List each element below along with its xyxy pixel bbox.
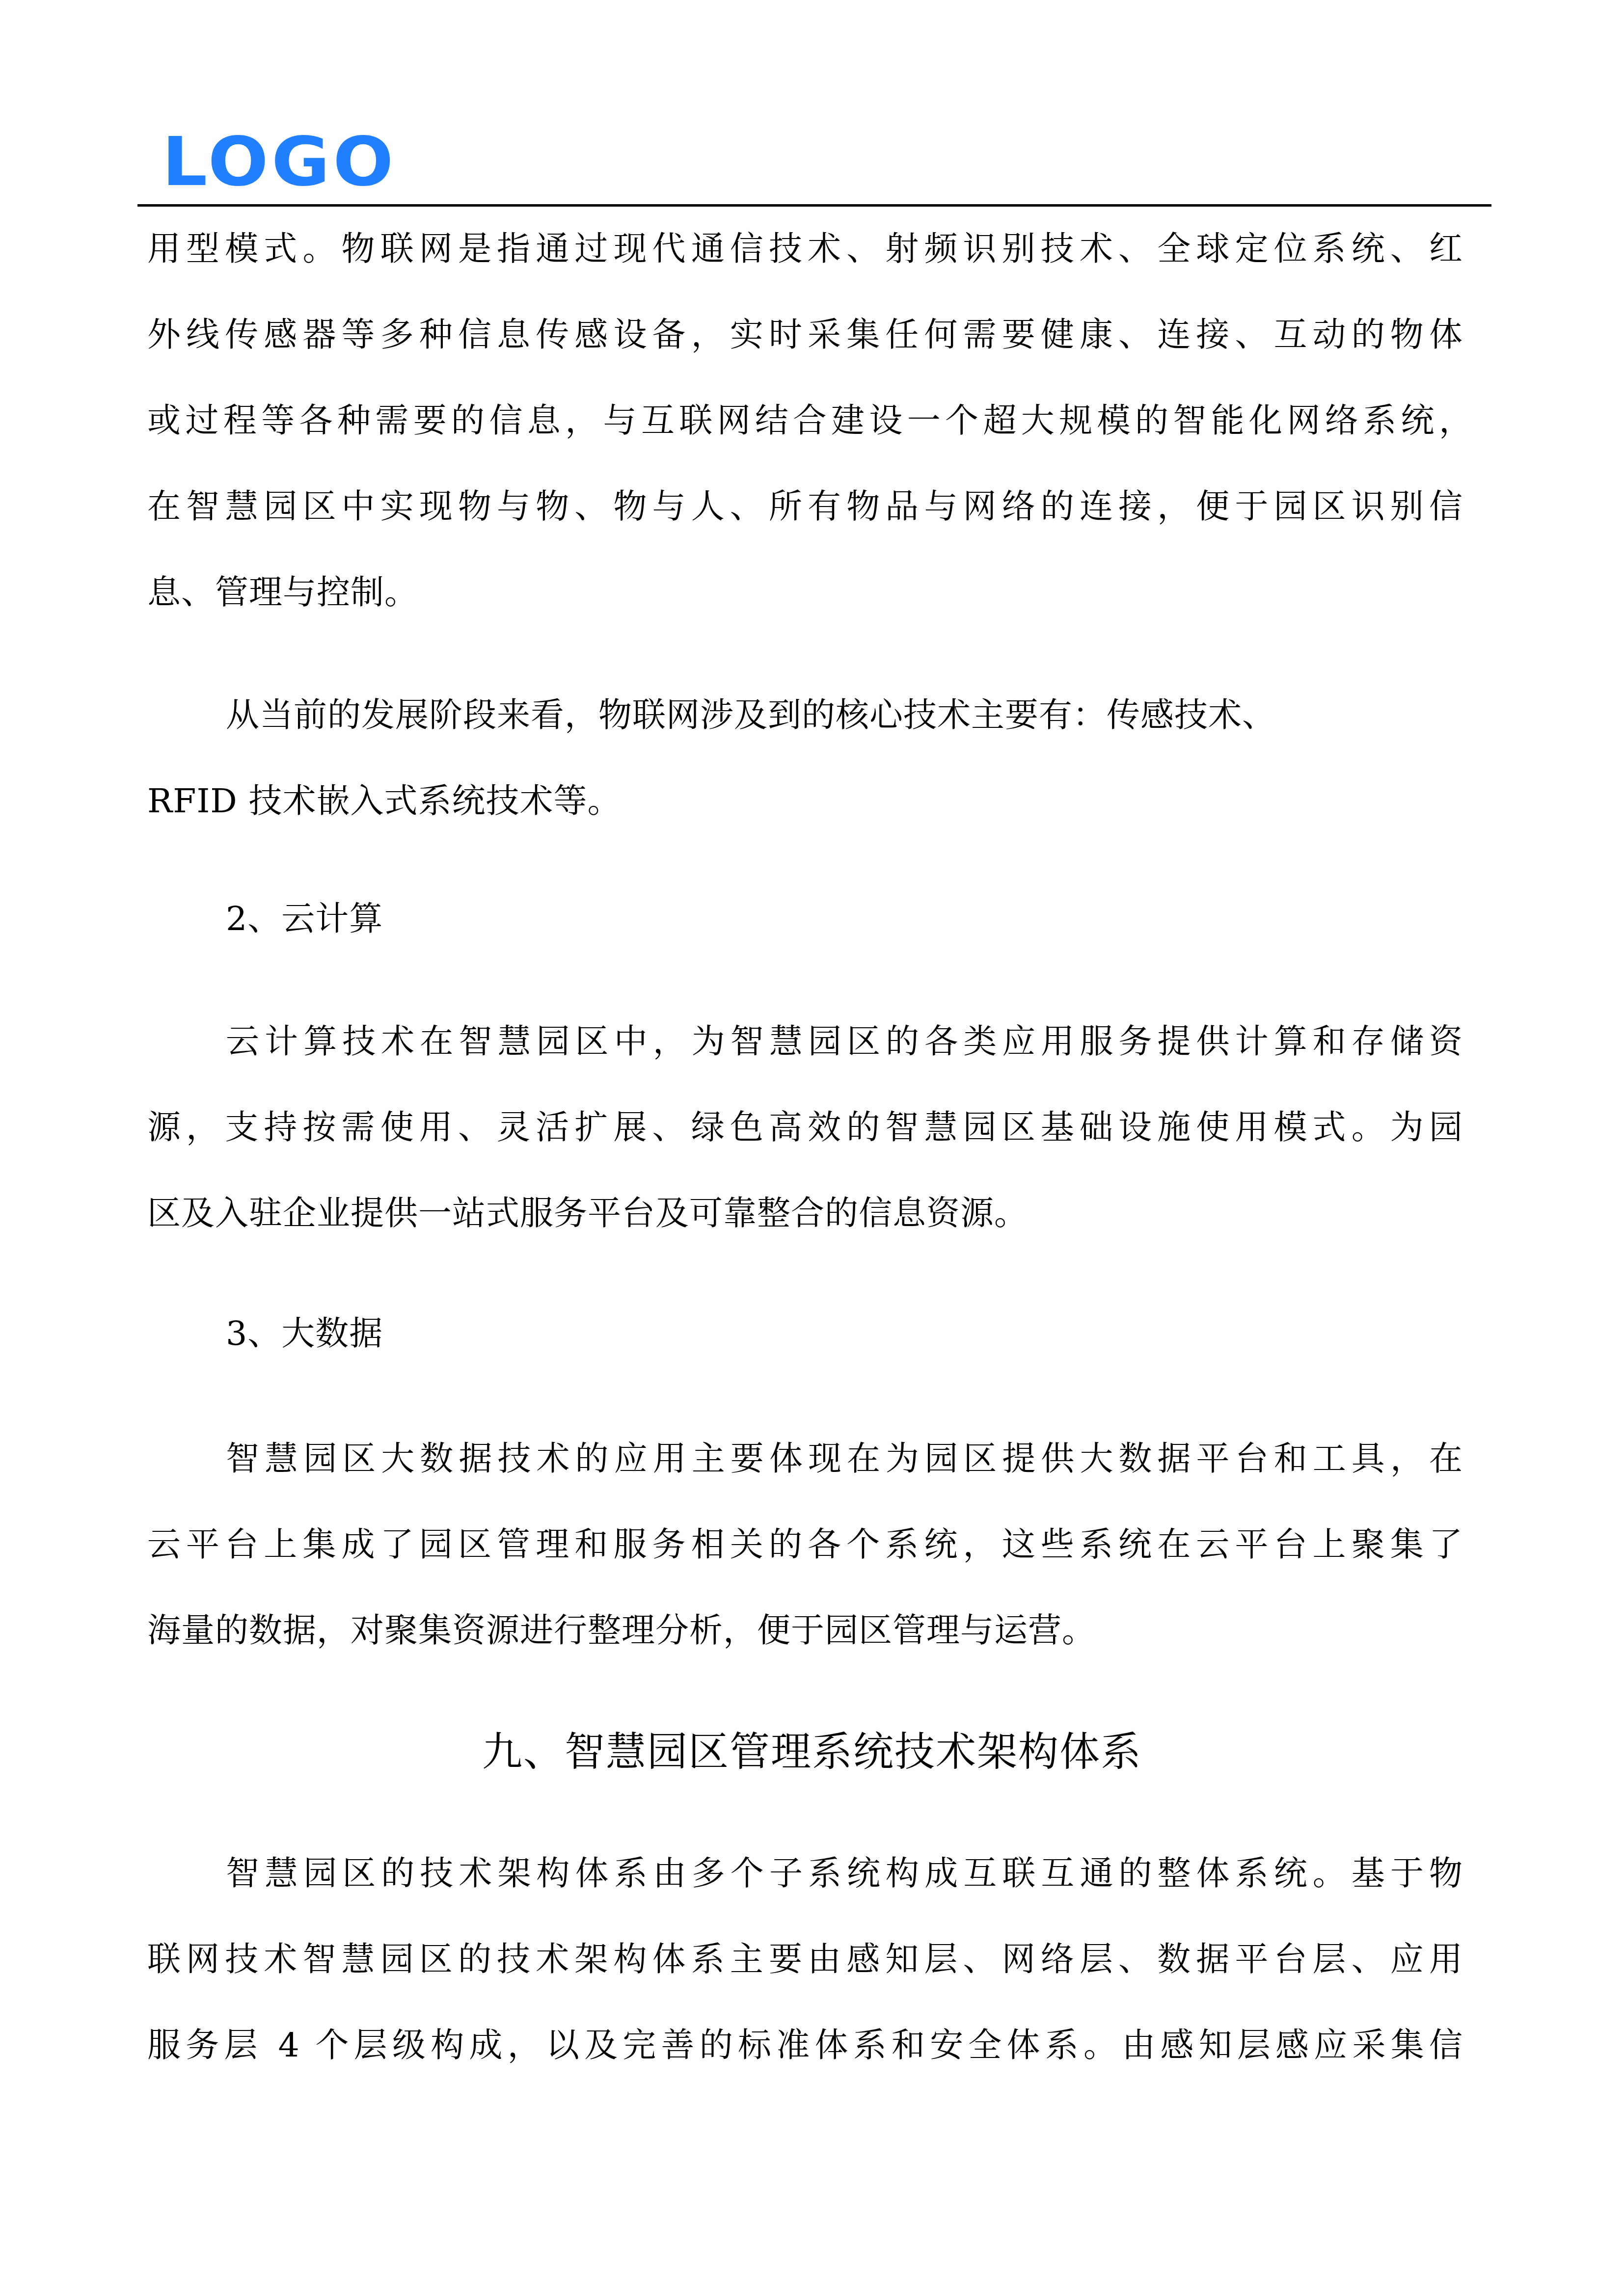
text-line: 用型模式。物联网是指通过现代通信技术、射频识别技术、全球定位系统、红 [147,225,1463,274]
text-line: 智慧园区的技术架构体系由多个子系统构成互联互通的整体系统。基于物 [226,1849,1463,1898]
text-line: 云平台上集成了园区管理和服务相关的各个系统，这些系统在云平台上聚集了 [147,1521,1463,1570]
text-line: 区及入驻企业提供一站式服务平台及可靠整合的信息资源。 [147,1189,1463,1238]
subheading-big-data: 3、大数据 [226,1309,1542,1359]
text-line: 智慧园区大数据技术的应用主要体现在为园区提供大数据平台和工具，在 [226,1435,1463,1484]
text-line: 在智慧园区中实现物与物、物与人、所有物品与网络的连接，便于园区识别信 [147,482,1463,532]
text-line: 从当前的发展阶段来看，物联网涉及到的核心技术主要有：传感技术、 [226,691,1394,740]
text-line: 或过程等各种需要的信息，与互联网结合建设一个超大规模的智能化网络系统， [147,397,1473,446]
text-line: RFID 技术嵌入式系统技术等。 [147,777,1463,826]
text-line: 服务层 4 个层级构成，以及完善的标准体系和安全体系。由感知层感应采集信 [147,2021,1463,2070]
text-line: 外线传感器等多种信息传感设备，实时采集任何需要健康、连接、互动的物体 [147,311,1463,360]
logo: LOGO [162,133,397,191]
text-line: 海量的数据，对聚集资源进行整理分析，便于园区管理与运营。 [147,1606,1463,1655]
text-line: 息、管理与控制。 [147,568,1463,617]
text-line: 源，支持按需使用、灵活扩展、绿色高效的智慧园区基础设施使用模式。为园 [147,1103,1463,1152]
text-line: 云计算技术在智慧园区中，为智慧园区的各类应用服务提供计算和存储资 [226,1017,1463,1067]
header-divider [137,204,1491,207]
section-heading: 九、智慧园区管理系统技术架构体系 [0,1725,1624,1779]
subheading-cloud-computing: 2、云计算 [226,895,1542,944]
text-line: 联网技术智慧园区的技术架构体系主要由感知层、网络层、数据平台层、应用 [147,1935,1463,1984]
